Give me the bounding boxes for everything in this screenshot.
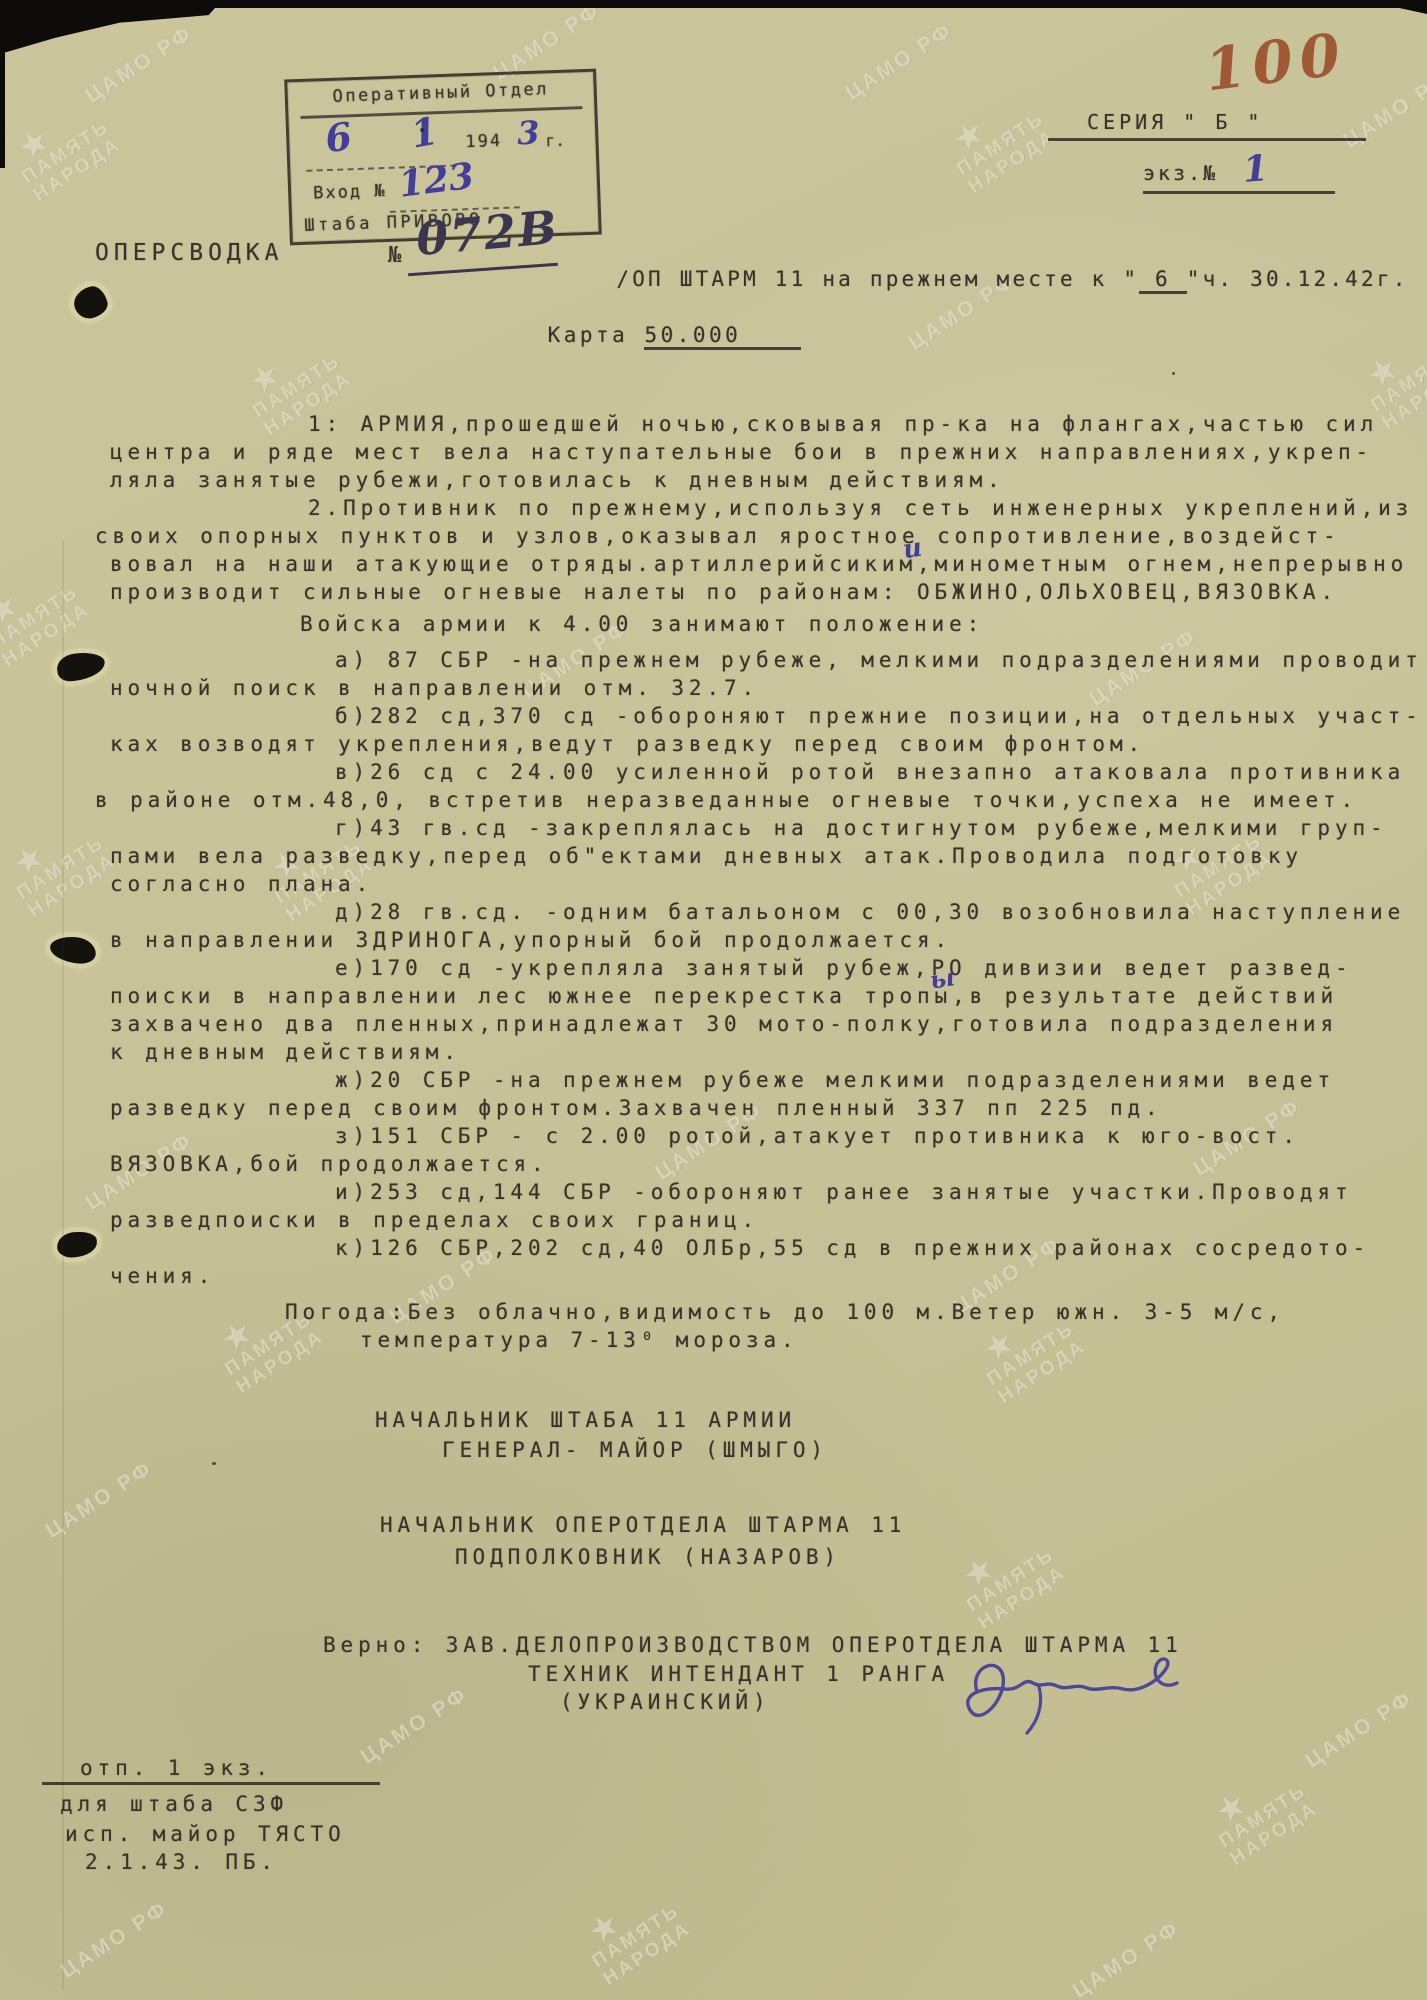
- document-line: в направлении ЗДРИНОГА,упорный бой продо…: [110, 928, 952, 952]
- pamyat-naroda-watermark: ★ПАМЯТЬНАРОДА: [939, 86, 1060, 198]
- document-line: е)170 сд -укрепляла занятый рубеж,РО див…: [335, 956, 1353, 980]
- ink-blot: [71, 283, 111, 321]
- pamyat-naroda-watermark: ★ПАМЯТЬНАРОДА: [949, 1522, 1070, 1634]
- signature-line: ГЕНЕРАЛ- МАЙОР (ШМЫГО): [442, 1438, 828, 1462]
- document-line: захвачено два пленных,принадлежат 30 мот…: [110, 1012, 1338, 1036]
- document-line: согласно плана.: [110, 872, 373, 896]
- title-hour-underlined: 6: [1139, 267, 1187, 294]
- document-line: ночной поиск в направлении отм. 32.7.: [110, 676, 759, 700]
- document-line: ляла занятые рубежи,готовилась к дневным…: [110, 468, 1005, 492]
- title-rest-text: /ОП ШТАРМ 11 на прежнем месте к ": [616, 267, 1139, 291]
- scanned-document-page: ЦАМО РФ★ПАМЯТЬНАРОДАЦАМО РФЦАМО РФ★ПАМЯТ…: [0, 0, 1427, 2000]
- footer-line: 2.1.43. ПБ.: [85, 1850, 278, 1874]
- ink-blot: [49, 935, 97, 965]
- document-line: к дневным действиям.: [110, 1040, 461, 1064]
- paper-speck: [1172, 372, 1175, 375]
- signature-line: ТЕХНИК ИНТЕНДАНТ 1 РАНГА: [528, 1662, 949, 1686]
- document-line: д)28 гв.сд. -одним батальоном с 00,30 во…: [335, 900, 1405, 924]
- document-line: ВЯЗОВКА,бой продолжается.: [110, 1152, 549, 1176]
- document-line: вовал на наши атакующие отряды.артиллери…: [110, 552, 1408, 576]
- camo-rf-watermark: ЦАМО РФ: [1069, 1916, 1185, 2000]
- star-icon: ★: [586, 1878, 672, 1947]
- copy-number-handwritten: 1: [1242, 147, 1270, 191]
- star-icon: ★: [1213, 1758, 1299, 1827]
- copy-label: экз.№: [1143, 161, 1218, 185]
- doc-type-title: ОПЕРСВОДКА: [95, 241, 283, 265]
- star-icon: ★: [951, 86, 1037, 155]
- signature-line: НАЧАЛЬНИК ШТАБА 11 АРМИИ: [375, 1408, 796, 1432]
- footer-underline: [42, 1782, 380, 1785]
- ink-signature: [945, 1632, 1195, 1752]
- series-label: СЕРИЯ " Б ": [1087, 110, 1263, 134]
- paper-speck: [420, 128, 424, 132]
- document-line: и)253 сд,144 СБР -обороняют ранее заняты…: [335, 1180, 1353, 1204]
- document-line: ж)20 СБР -на прежнем рубеже мелкими подр…: [335, 1068, 1335, 1092]
- document-line: Погода:Без облачно,видимость до 100 м.Ве…: [285, 1300, 1285, 1324]
- document-line: своих опорных пунктов и узлов,оказывал я…: [95, 524, 1341, 548]
- scan-edge-top-left: [0, 0, 222, 54]
- document-line: ках возводят укрепления,ведут разведку п…: [110, 732, 1145, 756]
- document-line: в районе отм.48,0, встретив неразведанны…: [95, 788, 1358, 812]
- star-icon: ★: [961, 1522, 1047, 1591]
- map-scale-line: Карта 50.000: [483, 299, 801, 371]
- stamp-handwritten-year-digit: 3: [517, 114, 541, 153]
- series-underline: [1048, 138, 1366, 141]
- folio-number: 100: [1201, 20, 1350, 105]
- pamyat-naroda-watermark: ★ПАМЯТЬНАРОДА: [574, 1878, 695, 1990]
- document-line: пами вела разведку,перед об"ектами дневн…: [110, 844, 1303, 868]
- stamp-year-suffix: г.: [545, 131, 565, 151]
- document-line: в)26 сд с 24.00 усиленной ротой внезапно…: [335, 760, 1405, 784]
- document-line: разведку перед своим фронтом.Захвачен пл…: [110, 1096, 1163, 1120]
- footer-line: отп. 1 экз.: [80, 1756, 273, 1780]
- stamp-year-prefix: 194: [465, 131, 502, 152]
- copy-underline: [1143, 191, 1335, 194]
- document-line: б)282 сд,370 сд -обороняют прежние позиц…: [335, 704, 1423, 728]
- doc-number-handwritten: 072В: [414, 200, 561, 266]
- footer-line: для штаба СЗФ: [60, 1792, 288, 1816]
- camo-rf-watermark: ЦАМО РФ: [42, 1456, 158, 1543]
- document-line: к)126 СБР,202 сд,40 ОЛБр,55 сд в прежних…: [335, 1236, 1370, 1260]
- footer-line: исп. майор ТЯСТО: [65, 1822, 346, 1846]
- star-icon: ★: [16, 94, 102, 163]
- pamyat-naroda-watermark: ★ПАМЯТЬНАРОДА: [0, 810, 121, 922]
- paper-crease: [62, 540, 64, 1990]
- pamyat-naroda-watermark: ★ПАМЯТЬНАРОДА: [4, 94, 125, 206]
- document-line: температура 7-13⁰ мороза.: [360, 1328, 799, 1352]
- stamp-handwritten-day: 6: [322, 113, 354, 161]
- star-icon: ★: [0, 559, 72, 628]
- scan-edge-left: [0, 0, 5, 168]
- star-icon: ★: [247, 328, 333, 397]
- signature-line: ПОДПОЛКОВНИК (НАЗАРОВ): [455, 1545, 841, 1569]
- title-tail-text: "ч. 30.12.42г.: [1187, 267, 1409, 291]
- document-line: центра и ряде мест вела наступательные б…: [110, 440, 1373, 464]
- camo-rf-watermark: ЦАМО РФ: [357, 1682, 473, 1769]
- document-line: з)151 СБР - с 2.00 ротой,атакует противн…: [335, 1124, 1300, 1148]
- star-icon: ★: [11, 810, 97, 879]
- document-line: г)43 гв.сд -закреплялась на достигнутом …: [335, 816, 1388, 840]
- signature-line: (УКРАИНСКИЙ): [560, 1690, 771, 1714]
- document-line: производит сильные огневые налеты по рай…: [110, 580, 1338, 604]
- stamp-department-label: Оперативный Отдел: [288, 78, 595, 109]
- paper-speck: [212, 1462, 216, 1465]
- document-line: чения.: [110, 1264, 215, 1288]
- document-line: 1: АРМИЯ,прошедшей ночью,сковывая пр-ка …: [308, 412, 1378, 436]
- camo-rf-watermark: ЦАМО РФ: [842, 18, 958, 105]
- doc-number-sign: №: [388, 244, 406, 268]
- camo-rf-watermark: ЦАМО РФ: [1302, 1686, 1418, 1773]
- document-line: а) 87 СБР -на прежнем рубеже, мелкими по…: [335, 648, 1423, 672]
- camo-rf-watermark: ЦАМО РФ: [82, 21, 198, 108]
- stamp-incoming-label: Вход №: [313, 181, 387, 204]
- camo-rf-watermark: ЦАМО РФ: [57, 1896, 173, 1983]
- handwritten-correction: ы: [928, 962, 957, 994]
- document-line: поиски в направлении лес южнее перекрест…: [110, 984, 1338, 1008]
- stamp-handwritten-month: 1: [407, 108, 441, 157]
- document-line: 2.Противник по прежнему,используя сеть и…: [308, 496, 1413, 520]
- star-icon: ★: [1365, 322, 1427, 391]
- map-scale-value: 50.000: [644, 323, 801, 350]
- map-label: Карта: [548, 323, 645, 347]
- signature-line: НАЧАЛЬНИК ОПЕРОТДЕЛА ШТАРМА 11: [380, 1513, 906, 1537]
- pamyat-naroda-watermark: ★ПАМЯТЬНАРОДА: [1201, 1758, 1322, 1870]
- document-line: Войска армии к 4.00 занимают положение:: [300, 612, 984, 636]
- stamp-incoming-number: 123: [397, 155, 477, 206]
- document-line: разведпоиски в пределах своих границ.: [110, 1208, 759, 1232]
